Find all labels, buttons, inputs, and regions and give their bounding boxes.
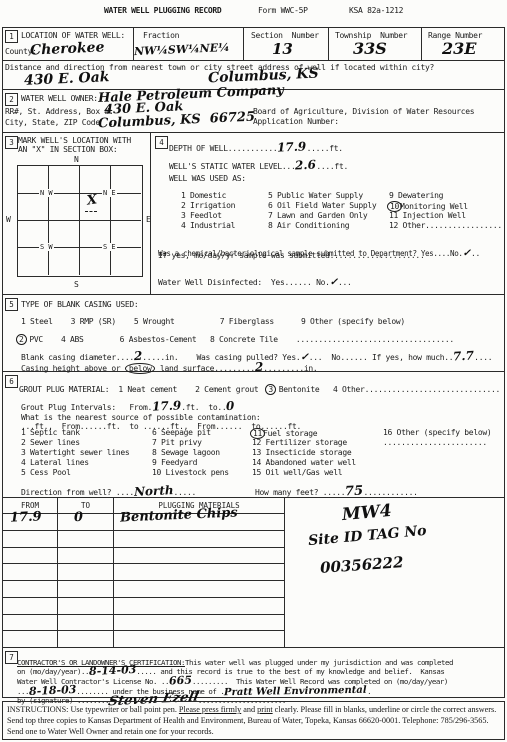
fraction-label: Fraction [143,31,179,41]
owner-label: WATER WELL OWNER: [21,94,98,104]
cell [58,598,114,614]
contamination-column-4: 16 Other (specify below) ...............… [383,428,491,448]
table-row [3,531,284,548]
section4-number: 4 [155,136,168,149]
direction-line: Direction from well? ....North..... [21,480,196,499]
table-row [3,598,284,615]
scanned-form-page: WATER WELL PLUGGING RECORD Form WWC-5P K… [0,0,507,742]
table-row [3,631,284,647]
cell [58,514,114,530]
table-from-value: 17.9 [10,509,42,525]
cell [114,615,284,631]
use-option: 4 Industrial [181,221,235,231]
cell [3,581,58,597]
board-line1: Board of Agriculture, Division of Water … [253,107,474,117]
grout-material-line: GROUT PLUG MATERIAL: 1 Neat cement 2 Cem… [19,377,500,396]
contamination-option: 13 Insecticide storage [252,448,356,458]
use-option: 1 Domestic [181,191,235,201]
township-value: 33S [353,39,387,58]
intervals-mid1: .ft. to.. [181,403,226,412]
contamination-column-2: 6 Seepage pit 7 Pit privy 8 Sewage lagoo… [152,428,229,478]
table-row [3,548,284,565]
uses-column-2: 5 Public Water Supply 6 Oil Field Water … [268,191,376,231]
casing-options-row2-rest: PVC 4 ABS 6 Asbestos-Cement 8 Concrete T… [25,335,454,344]
direction-label: Direction from well? .... [21,488,134,497]
divider [328,27,329,61]
feet-line: How many feet? .....75............ [255,480,418,499]
grid-line [18,247,141,248]
section-number-value: 13 [272,40,293,58]
use-option: 3 Feedlot [181,211,235,221]
contamination-column-3: 11Fuel storage 12 Fertilizer storage 13 … [252,428,356,478]
instructions-underline2: print [257,705,272,714]
grid-nw-label: N W [39,189,54,197]
disinfected-line: Water Well Disinfected: Yes...... No.✓..… [158,270,352,289]
cell [114,564,284,580]
static-value: 2.6 [295,158,316,173]
county-value: Cherokee [30,39,105,58]
section3-number: 3 [5,136,18,149]
section3-title-line2: AN "X" IN SECTION BOX: [18,145,117,155]
use-option: 2 Irrigation [181,201,235,211]
uses-column-3: 9 Dewatering 10Monitoring Well 11 Inject… [389,191,502,231]
table-row [3,581,284,598]
section-grid: N W N E S W S E [17,165,143,277]
cell [3,531,58,547]
compass-east-label: E [146,215,151,225]
x-mark-underline [85,211,97,212]
static-level-line: WELL'S STATIC WATER LEVEL...2.6....ft. [169,154,348,173]
contamination-column-1: 1 Septic tank 2 Sewer lines 3 Watertight… [21,428,129,478]
cell [3,598,58,614]
compass-west-label: W [6,215,11,225]
to-header: TO [58,498,114,513]
contamination-option: 8 Sewage lagoon [152,448,229,458]
table-row [3,615,284,632]
divider [421,27,422,61]
instructions-box: INSTRUCTIONS: Use typewriter or ball poi… [2,701,505,740]
feet-end: ............ [363,488,417,497]
use-option: 6 Oil Field Water Supply [268,201,376,211]
section5-title: TYPE OF BLANK CASING USED: [21,300,138,310]
intervals-to-value: 0 [226,399,235,413]
cell [114,631,284,647]
well-location-x-mark: X [86,192,98,208]
divider [150,133,151,295]
cell [3,564,58,580]
grid-line [18,193,141,194]
contamination-option: 6 Seepage pit [152,428,229,438]
use-option: 5 Public Water Supply [268,191,376,201]
contamination-option: 9 Feedyard [152,458,229,468]
fuel-storage-label: Fuel storage [263,429,317,438]
form-title: WATER WELL PLUGGING RECORD [104,6,221,16]
depth-suffix: .....ft. [307,144,343,153]
section6-number: 6 [5,375,18,388]
sample-date-label: If yes, mo/day/yr sample was submitted..… [158,251,424,261]
use-option: 11 Injection Well [389,211,502,221]
contamination-option: ....................... [383,438,491,448]
used-as-label: WELL WAS USED AS: [169,174,246,184]
use-option: 12 Other................. [389,221,502,231]
contamination-option: 15 Oil well/Gas well [252,468,356,478]
intervals-label: Grout Plug Intervals: From. [21,403,152,412]
use-option: 9 Dewatering [389,191,502,201]
cell [114,531,284,547]
grid-se-label: S E [102,243,117,251]
table-row [3,564,284,581]
contamination-option: 12 Fertilizer storage [252,438,356,448]
casing-options-row1: 1 Steel 3 RMP (SR) 5 Wrought 7 Fiberglas… [21,317,405,327]
disinfected-end: ... [338,278,352,287]
contamination-option: 3 Watertight sewer lines [21,448,129,458]
grid-ne-label: N E [102,189,117,197]
contamination-option: 14 Abandoned water well [252,458,356,468]
depth-value: 17.9 [277,139,307,154]
use-option: 7 Lawn and Garden Only [268,211,376,221]
direction-end: ..... [173,488,196,497]
cert-line4-end: . [367,687,371,696]
direction-value: North [134,483,174,499]
feet-label: How many feet? ..... [255,488,345,497]
instructions-pre: INSTRUCTIONS: Use typewriter or ball poi… [7,705,179,714]
intervals-from-value: 17.9 [152,398,182,413]
contamination-option: 16 Other (specify below) [383,428,491,438]
how-much-value: 7.7 [453,349,474,364]
cell [58,564,114,580]
instructions-underline1: Please press firmly [179,705,241,714]
uses-column-1: 1 Domestic 2 Irrigation 3 Feedlot 4 Indu… [181,191,235,231]
section5-number: 5 [5,298,18,311]
statute-reference: KSA 82a-1212 [349,6,403,16]
casing-options-row2: 2 PVC 4 ABS 6 Asbestos-Cement 8 Concrete… [18,327,454,346]
sample-question-end: .. [471,249,480,258]
cell [58,631,114,647]
cell [3,631,58,647]
depth-label: DEPTH OF WELL........... [169,144,277,153]
cell [58,615,114,631]
contamination-option: 1 Septic tank [21,428,129,438]
section1-title: LOCATION OF WATER WELL: [21,31,125,41]
form-number: Form WWC-5P [258,6,308,16]
section2-number: 2 [5,93,18,106]
divider [243,27,244,61]
disinfected-no-checkmark: ✓ [330,279,338,287]
depth-line: DEPTH OF WELL...........17.9.....ft. [169,136,343,155]
material-label: GROUT PLUG MATERIAL: 1 Neat cement 2 Cem… [19,385,267,394]
pulled-mid: ... No...... If yes, how much.. [309,353,454,362]
table-to-value: 0 [74,510,84,525]
monitoring-well-label: Monitoring Well [400,202,468,211]
cell [58,531,114,547]
sample-no-checkmark: ✓ [463,250,471,258]
contamination-option-fuel-storage: 11Fuel storage [252,428,356,438]
disinfected-label: Water Well Disinfected: Yes...... No. [158,278,330,287]
cell [3,548,58,564]
static-label: WELL'S STATIC WATER LEVEL... [169,162,295,171]
cell [114,548,284,564]
contamination-option: 10 Livestock pens [152,468,229,478]
instructions-mid: and [241,705,257,714]
instructions-paragraph: INSTRUCTIONS: Use typewriter or ball poi… [3,702,504,739]
material-rest: Bentonite 4 Other.......................… [274,385,500,394]
cell [114,598,284,614]
grid-sw-label: S W [39,243,54,251]
section1-number: 1 [5,30,18,43]
cell [58,548,114,564]
how-much-end: .... [474,353,492,362]
cell [114,581,284,597]
use-option: 8 Air Conditioning [268,221,376,231]
contamination-label: What is the nearest source of possible c… [21,413,260,423]
contamination-option: 5 Cess Pool [21,468,129,478]
compass-north-label: N [74,155,79,165]
contamination-option: 7 Pit privy [152,438,229,448]
contamination-option: 2 Sewer lines [21,438,129,448]
use-option-monitoring-well: 10Monitoring Well [389,201,502,211]
compass-south-label: S [74,280,79,290]
cell [58,581,114,597]
static-suffix: ....ft. [316,162,348,171]
range-value: 23E [442,39,476,58]
contamination-option: 4 Lateral lines [21,458,129,468]
cell [3,615,58,631]
grid-line [18,220,141,221]
board-line2: Application Number: [253,117,339,127]
